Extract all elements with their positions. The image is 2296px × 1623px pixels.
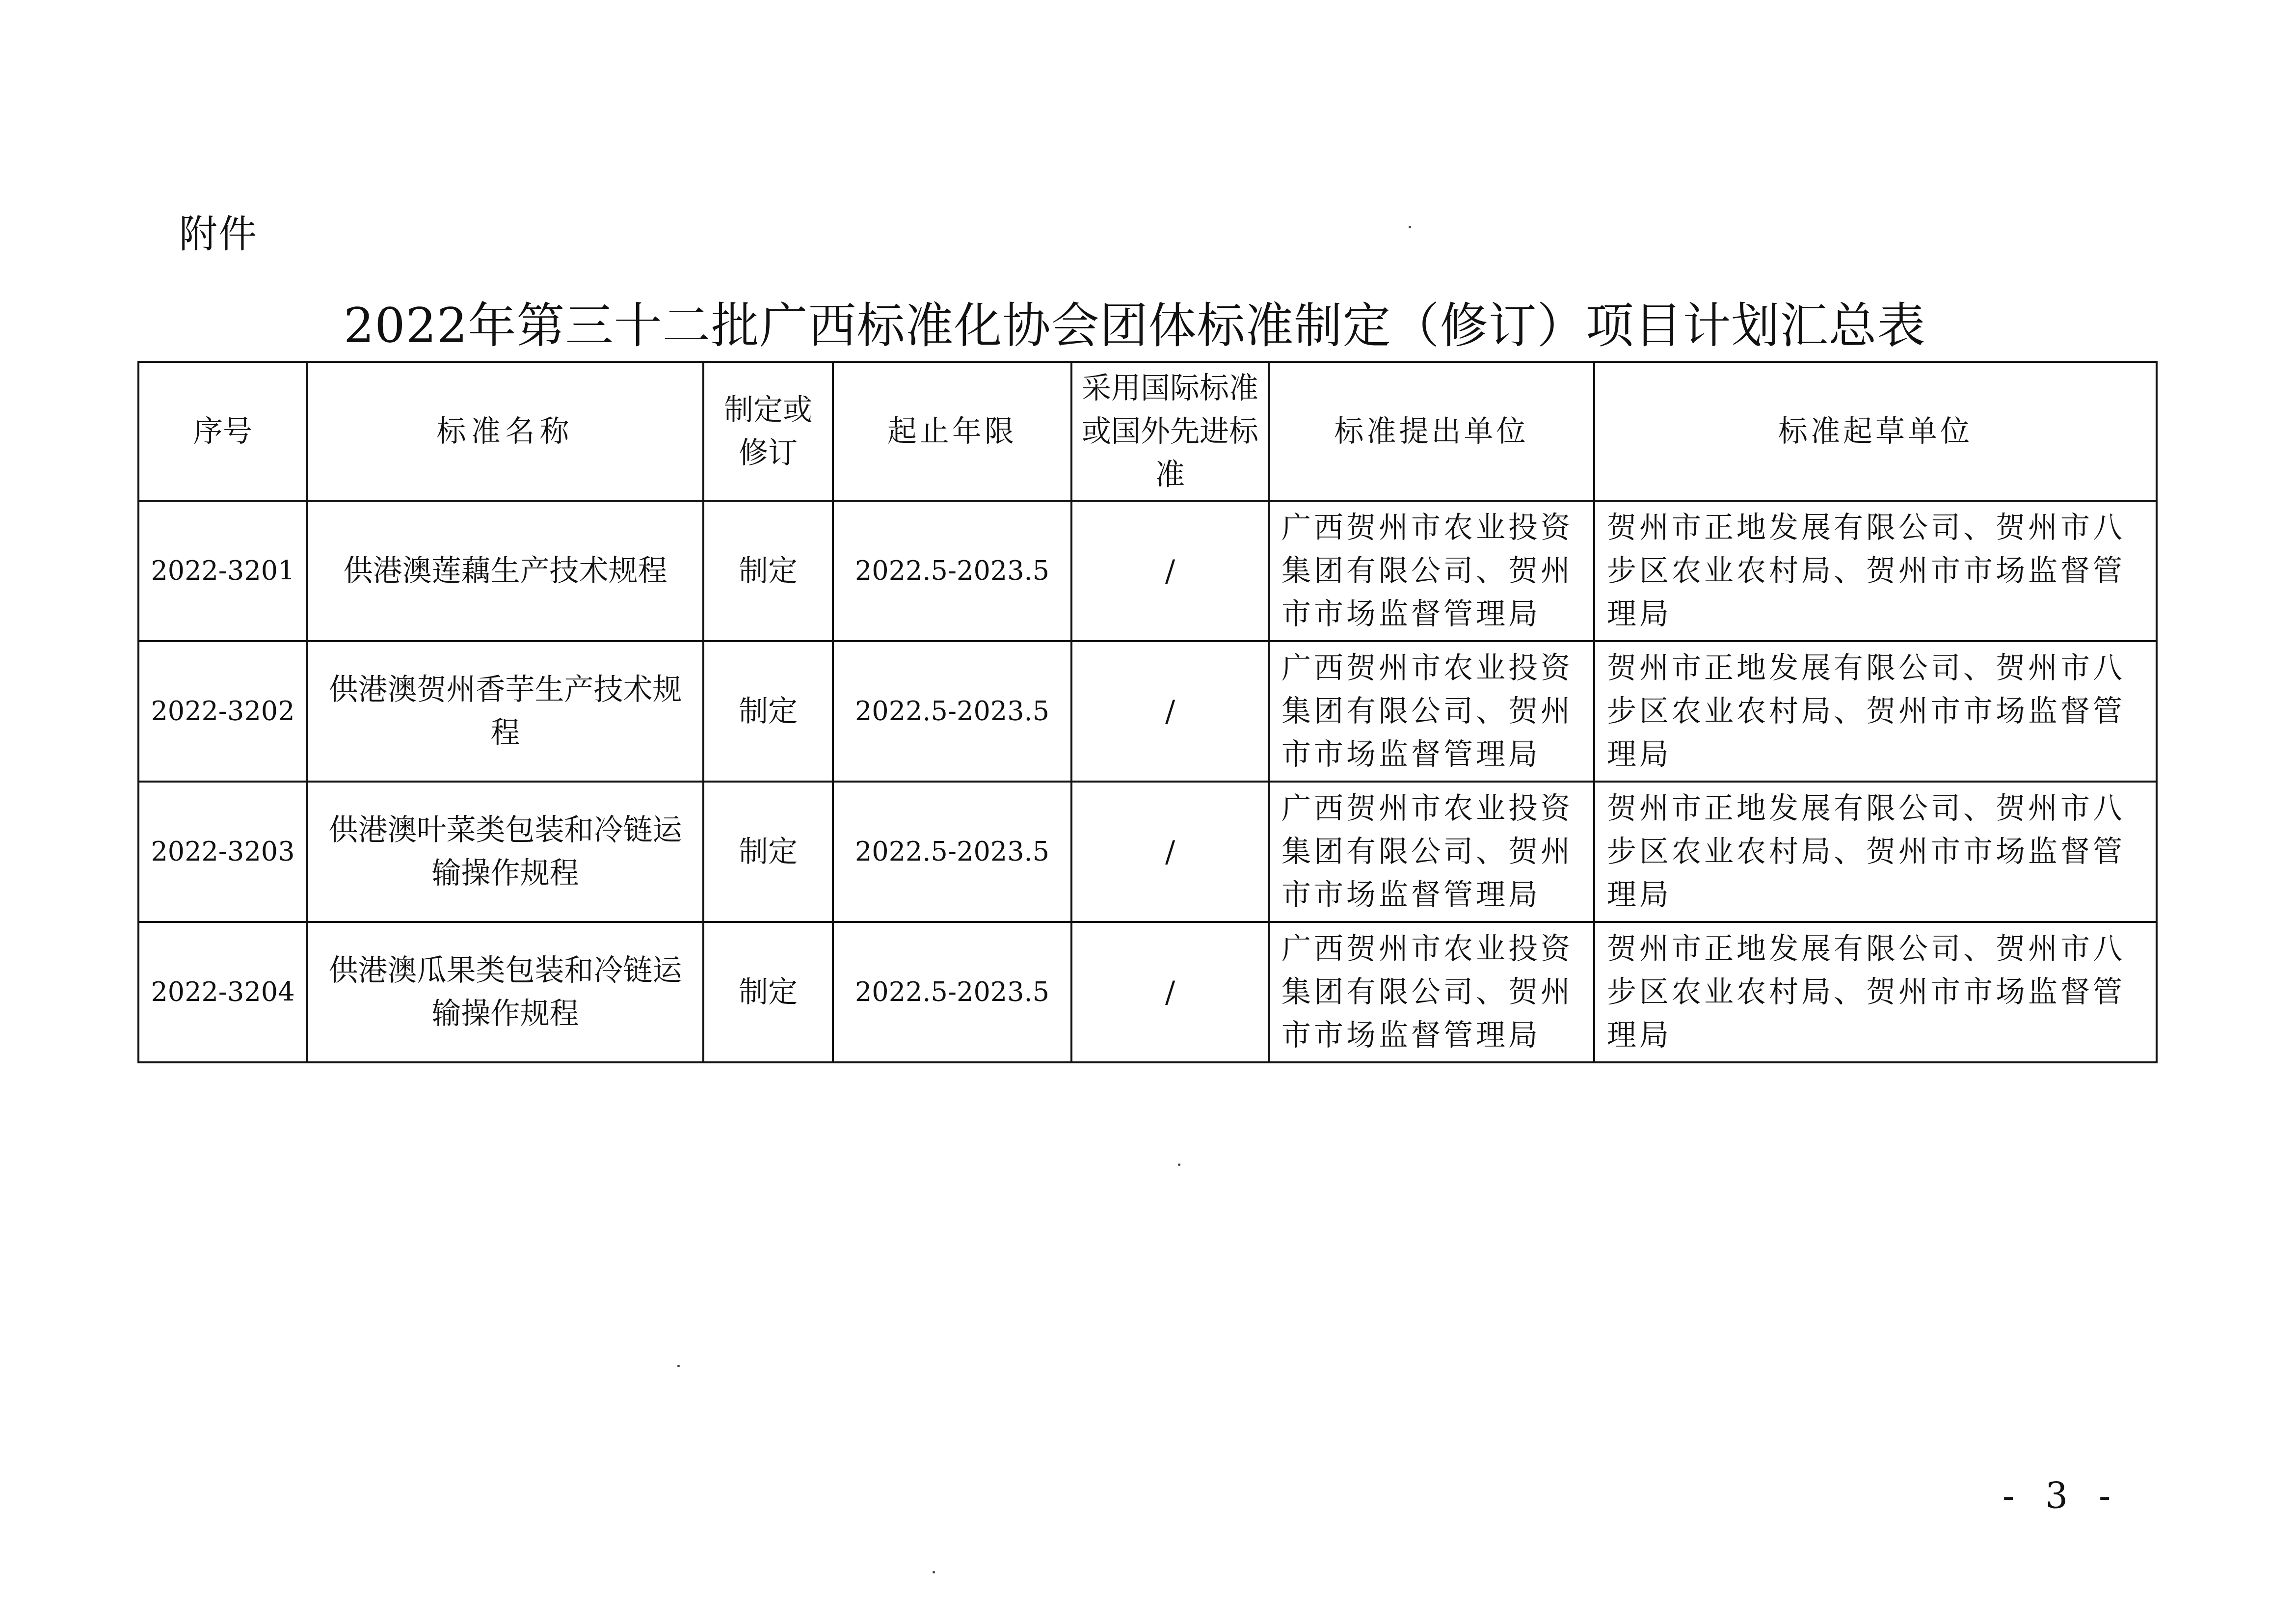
cell-standard-name: 供港澳瓜果类包装和冷链运输操作规程 (307, 922, 703, 1062)
cell-type: 制定 (703, 782, 833, 922)
cell-proposing-unit: 广西贺州市农业投资集团有限公司、贺州市市场监督管理局 (1269, 922, 1594, 1062)
scan-speck (1409, 226, 1411, 228)
cell-serial-number: 2022-3201 (138, 501, 307, 641)
cell-intl-standard: / (1071, 641, 1269, 782)
cell-period: 2022.5-2023.5 (833, 641, 1071, 782)
table-header-row: 序号 标准名称 制定或修订 起止年限 采用国际标准或国外先进标准 标准提出单位 … (138, 362, 2157, 501)
cell-period: 2022.5-2023.5 (833, 501, 1071, 641)
table-row: 2022-3202 供港澳贺州香芋生产技术规程 制定 2022.5-2023.5… (138, 641, 2157, 782)
scan-speck (933, 1571, 935, 1573)
cell-type: 制定 (703, 922, 833, 1062)
cell-standard-name: 供港澳莲藕生产技术规程 (307, 501, 703, 641)
cell-serial-number: 2022-3203 (138, 782, 307, 922)
header-drafting-unit: 标准起草单位 (1594, 362, 2157, 501)
cell-serial-number: 2022-3202 (138, 641, 307, 782)
cell-proposing-unit: 广西贺州市农业投资集团有限公司、贺州市市场监督管理局 (1269, 782, 1594, 922)
cell-type: 制定 (703, 501, 833, 641)
header-formulate-or-revise: 制定或修订 (703, 362, 833, 501)
scan-speck (677, 1365, 680, 1367)
table-row: 2022-3203 供港澳叶菜类包装和冷链运输操作规程 制定 2022.5-20… (138, 782, 2157, 922)
table-row: 2022-3204 供港澳瓜果类包装和冷链运输操作规程 制定 2022.5-20… (138, 922, 2157, 1062)
cell-intl-standard: / (1071, 501, 1269, 641)
cell-proposing-unit: 广西贺州市农业投资集团有限公司、贺州市市场监督管理局 (1269, 501, 1594, 641)
cell-standard-name: 供港澳叶菜类包装和冷链运输操作规程 (307, 782, 703, 922)
header-standard-name: 标准名称 (307, 362, 703, 501)
cell-drafting-unit: 贺州市正地发展有限公司、贺州市八步区农业农村局、贺州市市场监督管理局 (1594, 501, 2157, 641)
standards-plan-table: 序号 标准名称 制定或修订 起止年限 采用国际标准或国外先进标准 标准提出单位 … (137, 361, 2158, 1063)
header-serial-number: 序号 (138, 362, 307, 501)
cell-period: 2022.5-2023.5 (833, 922, 1071, 1062)
header-proposing-unit: 标准提出单位 (1269, 362, 1594, 501)
table-row: 2022-3201 供港澳莲藕生产技术规程 制定 2022.5-2023.5 /… (138, 501, 2157, 641)
cell-serial-number: 2022-3204 (138, 922, 307, 1062)
cell-drafting-unit: 贺州市正地发展有限公司、贺州市八步区农业农村局、贺州市市场监督管理局 (1594, 641, 2157, 782)
cell-intl-standard: / (1071, 922, 1269, 1062)
page-number: - 3 - (2002, 1475, 2120, 1516)
cell-drafting-unit: 贺州市正地发展有限公司、贺州市八步区农业农村局、贺州市市场监督管理局 (1594, 922, 2157, 1062)
cell-standard-name: 供港澳贺州香芋生产技术规程 (307, 641, 703, 782)
header-period: 起止年限 (833, 362, 1071, 501)
cell-intl-standard: / (1071, 782, 1269, 922)
scan-speck (1178, 1163, 1180, 1166)
cell-proposing-unit: 广西贺州市农业投资集团有限公司、贺州市市场监督管理局 (1269, 641, 1594, 782)
attachment-label: 附件 (179, 204, 258, 259)
document-title: 2022年第三十二批广西标准化协会团体标准制定（修订）项目计划汇总表 (344, 287, 1963, 356)
header-intl-standard: 采用国际标准或国外先进标准 (1071, 362, 1269, 501)
cell-type: 制定 (703, 641, 833, 782)
cell-drafting-unit: 贺州市正地发展有限公司、贺州市八步区农业农村局、贺州市市场监督管理局 (1594, 782, 2157, 922)
cell-period: 2022.5-2023.5 (833, 782, 1071, 922)
